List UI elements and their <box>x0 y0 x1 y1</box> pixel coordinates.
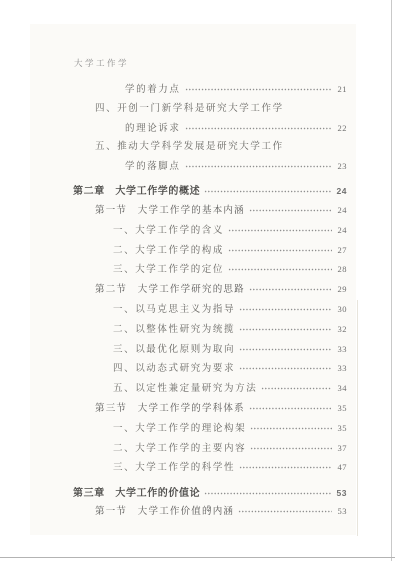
toc-entry: 第三章 大学工作的价值论 53 <box>73 488 347 500</box>
dot-leader <box>239 328 332 331</box>
toc-entry-text: 学的着力点 <box>125 85 181 97</box>
toc-entry-text: 二、大学工作学的主要内容 <box>113 444 246 456</box>
toc-entry-text: 第二节 大学工作学研究的思路 <box>95 285 245 297</box>
toc-entry-page-number: 24 <box>335 186 347 198</box>
dot-leader <box>185 165 332 168</box>
toc-entry: 五、推动大学科学发展是研究大学工作 <box>73 142 347 154</box>
toc-entry: 三、大学工作学的科学性 47 <box>73 462 347 475</box>
dot-leader <box>249 407 332 410</box>
toc-entry-text: 二、大学工作学的构成 <box>113 246 224 258</box>
toc-entry: 的理论诉求 22 <box>73 123 347 136</box>
toc-entry-page-number: 32 <box>335 324 347 336</box>
toc-entry-text: 三、大学工作学的科学性 <box>113 463 235 475</box>
toc-entry-page-number: 24 <box>335 225 347 237</box>
dot-leader <box>249 209 332 212</box>
toc-entry-page-number: 35 <box>335 423 347 435</box>
toc-entry-text: 三、以最优化原则为取向 <box>113 345 235 357</box>
toc-entry-page-number: 53 <box>335 488 347 500</box>
toc-entry-text: 第一节 大学工作学的基本内涵 <box>95 206 245 218</box>
toc-entry-text: 四、开创一门新学科是研究大学工作学 <box>95 104 284 116</box>
toc-entry-page-number: 34 <box>335 383 347 395</box>
toc-entry: 一、以马克思主义为指导 30 <box>73 304 347 317</box>
toc-entry: 四、以动态式研究为要求 33 <box>73 363 347 376</box>
toc-entry-page-number: 21 <box>335 84 347 96</box>
toc-entry: 二、大学工作学的主要内容 37 <box>73 443 347 456</box>
dot-leader <box>185 88 332 91</box>
scan-right-border <box>391 0 392 561</box>
toc-entry-text: 第三节 大学工作学的学科体系 <box>95 404 245 416</box>
dot-leader <box>204 492 332 495</box>
toc-entry: 学的落脚点 23 <box>73 161 347 174</box>
toc-entry-page-number: 28 <box>335 264 347 276</box>
table-of-contents: 学的着力点 21 四、开创一门新学科是研究大学工作学 的理论诉求 22 五、推动… <box>73 84 347 519</box>
page-edge-shadow <box>357 300 358 536</box>
toc-entry-text: 一、大学工作学的含义 <box>113 226 224 238</box>
toc-entry-page-number: 22 <box>335 123 347 135</box>
dot-leader <box>261 387 332 390</box>
dot-leader <box>204 190 332 193</box>
toc-entry: 一、大学工作学的含义 24 <box>73 225 347 238</box>
toc-entry-text: 学的落脚点 <box>125 162 181 174</box>
toc-entry: 第三节 大学工作学的学科体系 35 <box>73 403 347 416</box>
footer-page-number: · 2 · <box>73 503 347 513</box>
toc-entry-text: 三、大学工作学的定位 <box>113 265 224 277</box>
toc-entry: 第二节 大学工作学研究的思路 29 <box>73 284 347 297</box>
toc-entry: 三、以最优化原则为取向 33 <box>73 344 347 357</box>
toc-entry-text: 第二章 大学工作学的概述 <box>73 186 200 198</box>
toc-entry-text: 一、以马克思主义为指导 <box>113 305 235 317</box>
toc-entry-page-number: 33 <box>335 344 347 356</box>
dot-leader <box>228 249 332 252</box>
toc-entry-page-number: 35 <box>335 403 347 415</box>
toc-entry: 学的着力点 21 <box>73 84 347 97</box>
toc-entry: 四、开创一门新学科是研究大学工作学 <box>73 104 347 116</box>
toc-entry: 第一节 大学工作学的基本内涵 24 <box>73 205 347 218</box>
dot-leader <box>239 466 332 469</box>
toc-entry-page-number: 30 <box>335 304 347 316</box>
toc-entry-page-number: 27 <box>335 245 347 257</box>
toc-entry: 第二章 大学工作学的概述 24 <box>73 186 347 198</box>
dot-leader <box>239 348 332 351</box>
toc-entry-text: 第三章 大学工作的价值论 <box>73 488 200 500</box>
toc-entry: 二、以整体性研究为统揽 32 <box>73 324 347 337</box>
dot-leader <box>228 229 332 232</box>
toc-entry: 二、大学工作学的构成 27 <box>73 245 347 258</box>
toc-entry-text: 二、以整体性研究为统揽 <box>113 325 235 337</box>
dot-leader <box>250 447 332 450</box>
toc-entry-page-number: 47 <box>335 462 347 474</box>
toc-entry-text: 一、大学工作学的理论构架 <box>113 424 246 436</box>
dot-leader <box>239 367 332 370</box>
toc-entry: 五、以定性兼定量研究为方法 34 <box>73 383 347 396</box>
toc-entry: 三、大学工作学的定位 28 <box>73 264 347 277</box>
toc-entry-page-number: 29 <box>335 284 347 296</box>
running-head-book-title: 大学工作学 <box>74 57 129 69</box>
scan-bottom-border <box>0 557 395 558</box>
dot-leader <box>239 308 332 311</box>
dot-leader <box>249 288 332 291</box>
dot-leader <box>185 127 332 130</box>
toc-entry-page-number: 23 <box>335 161 347 173</box>
toc-entry-page-number: 33 <box>335 363 347 375</box>
toc-entry-text: 五、推动大学科学发展是研究大学工作 <box>95 142 284 154</box>
toc-entry-page-number: 37 <box>335 443 347 455</box>
toc-entry-page-number: 24 <box>335 205 347 217</box>
toc-entry-text: 四、以动态式研究为要求 <box>113 364 235 376</box>
toc-entry-text: 五、以定性兼定量研究为方法 <box>113 384 257 396</box>
dot-leader <box>228 268 332 271</box>
toc-entry: 一、大学工作学的理论构架 35 <box>73 423 347 436</box>
toc-entry-text: 的理论诉求 <box>125 124 181 136</box>
dot-leader <box>250 427 332 430</box>
